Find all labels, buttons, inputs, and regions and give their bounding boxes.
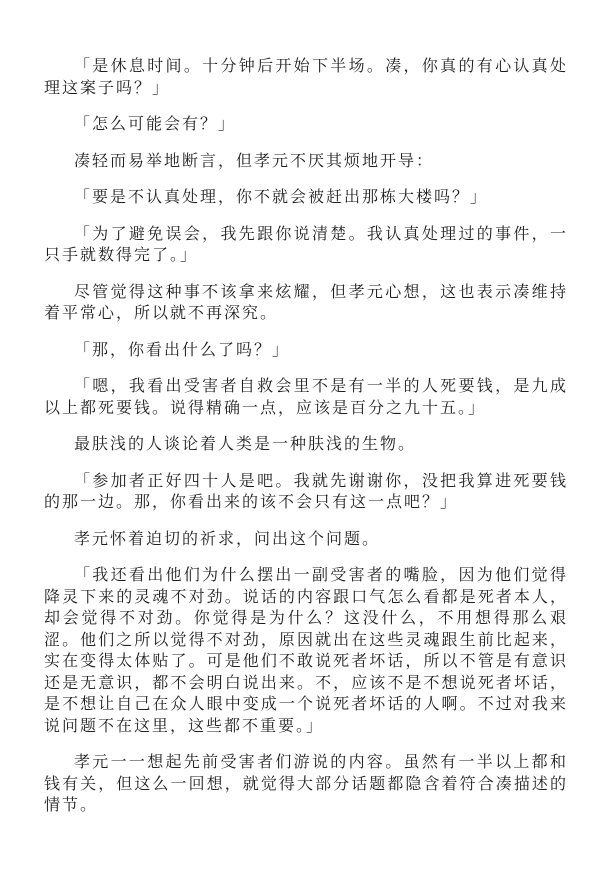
paragraph: 「是休息时间。十分钟后开始下半场。凑，你真的有心认真处理这案子吗？」	[44, 56, 568, 99]
paragraph: 孝元怀着迫切的祈求，问出这个问题。	[44, 529, 568, 551]
paragraph: 「参加者正好四十人是吧。我就先谢谢你，没把我算进死要钱的那一边。那，你看出来的该…	[44, 471, 568, 514]
paragraph: 「我还看出他们为什么摆出一副受害者的嘴脸，因为他们觉得降灵下来的灵魂不对劲。说话…	[44, 565, 568, 737]
paragraph: 「要是不认真处理，你不就会被赶出那栋大楼吗？」	[44, 187, 568, 209]
paragraph: 「那，你看出什么了吗？」	[44, 340, 568, 362]
document-page: 「是休息时间。十分钟后开始下半场。凑，你真的有心认真处理这案子吗？」 「怎么可能…	[0, 0, 613, 869]
paragraph: 「为了避免误会，我先跟你说清楚。我认真处理过的事件，一只手就数得完了。」	[44, 224, 568, 267]
paragraph: 「怎么可能会有？」	[44, 114, 568, 136]
paragraph: 凑轻而易举地断言，但孝元不厌其烦地开导：	[44, 151, 568, 173]
paragraph: 「嗯，我看出受害者自救会里不是有一半的人死要钱，是九成以上都死要钱。说得精确一点…	[44, 376, 568, 419]
paragraph: 孝元一一想起先前受害者们游说的内容。虽然有一半以上都和钱有关，但这么一回想，就觉…	[44, 752, 568, 817]
paragraph: 最肤浅的人谈论着人类是一种肤浅的生物。	[44, 434, 568, 456]
paragraph: 尽管觉得这种事不该拿来炫耀，但孝元心想，这也表示凑维持着平常心，所以就不再深究。	[44, 282, 568, 325]
